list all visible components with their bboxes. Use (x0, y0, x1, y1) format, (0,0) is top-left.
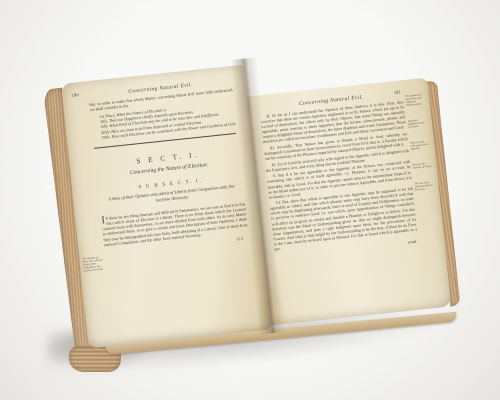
left-margin-note: The Opinion of those who admit of Libert… (82, 257, 103, 274)
margin-note: Pleasure the Measure of Good. (412, 162, 432, 170)
book-photo: 190 Concerning Natural Evil. But, in ord… (0, 0, 500, 400)
margin-note: The Use of the Understanding in Election… (414, 181, 434, 192)
page-number-right: 191 (394, 89, 401, 95)
left-page: 190 Concerning Natural Evil. But, in ord… (61, 65, 271, 349)
margin-note: Appetites implanted in us by Nature. (408, 119, 428, 130)
page-number-left: 190 (71, 92, 79, 98)
margin-note: What is Good with regard to the Appetite… (410, 141, 430, 152)
right-page: 191 Concerning Natural Evil. II. So far … (246, 78, 451, 326)
margin-note: The Opinion of those who deny Liberty of… (405, 94, 425, 108)
open-book: 190 Concerning Natural Evil. But, in ord… (48, 40, 469, 375)
